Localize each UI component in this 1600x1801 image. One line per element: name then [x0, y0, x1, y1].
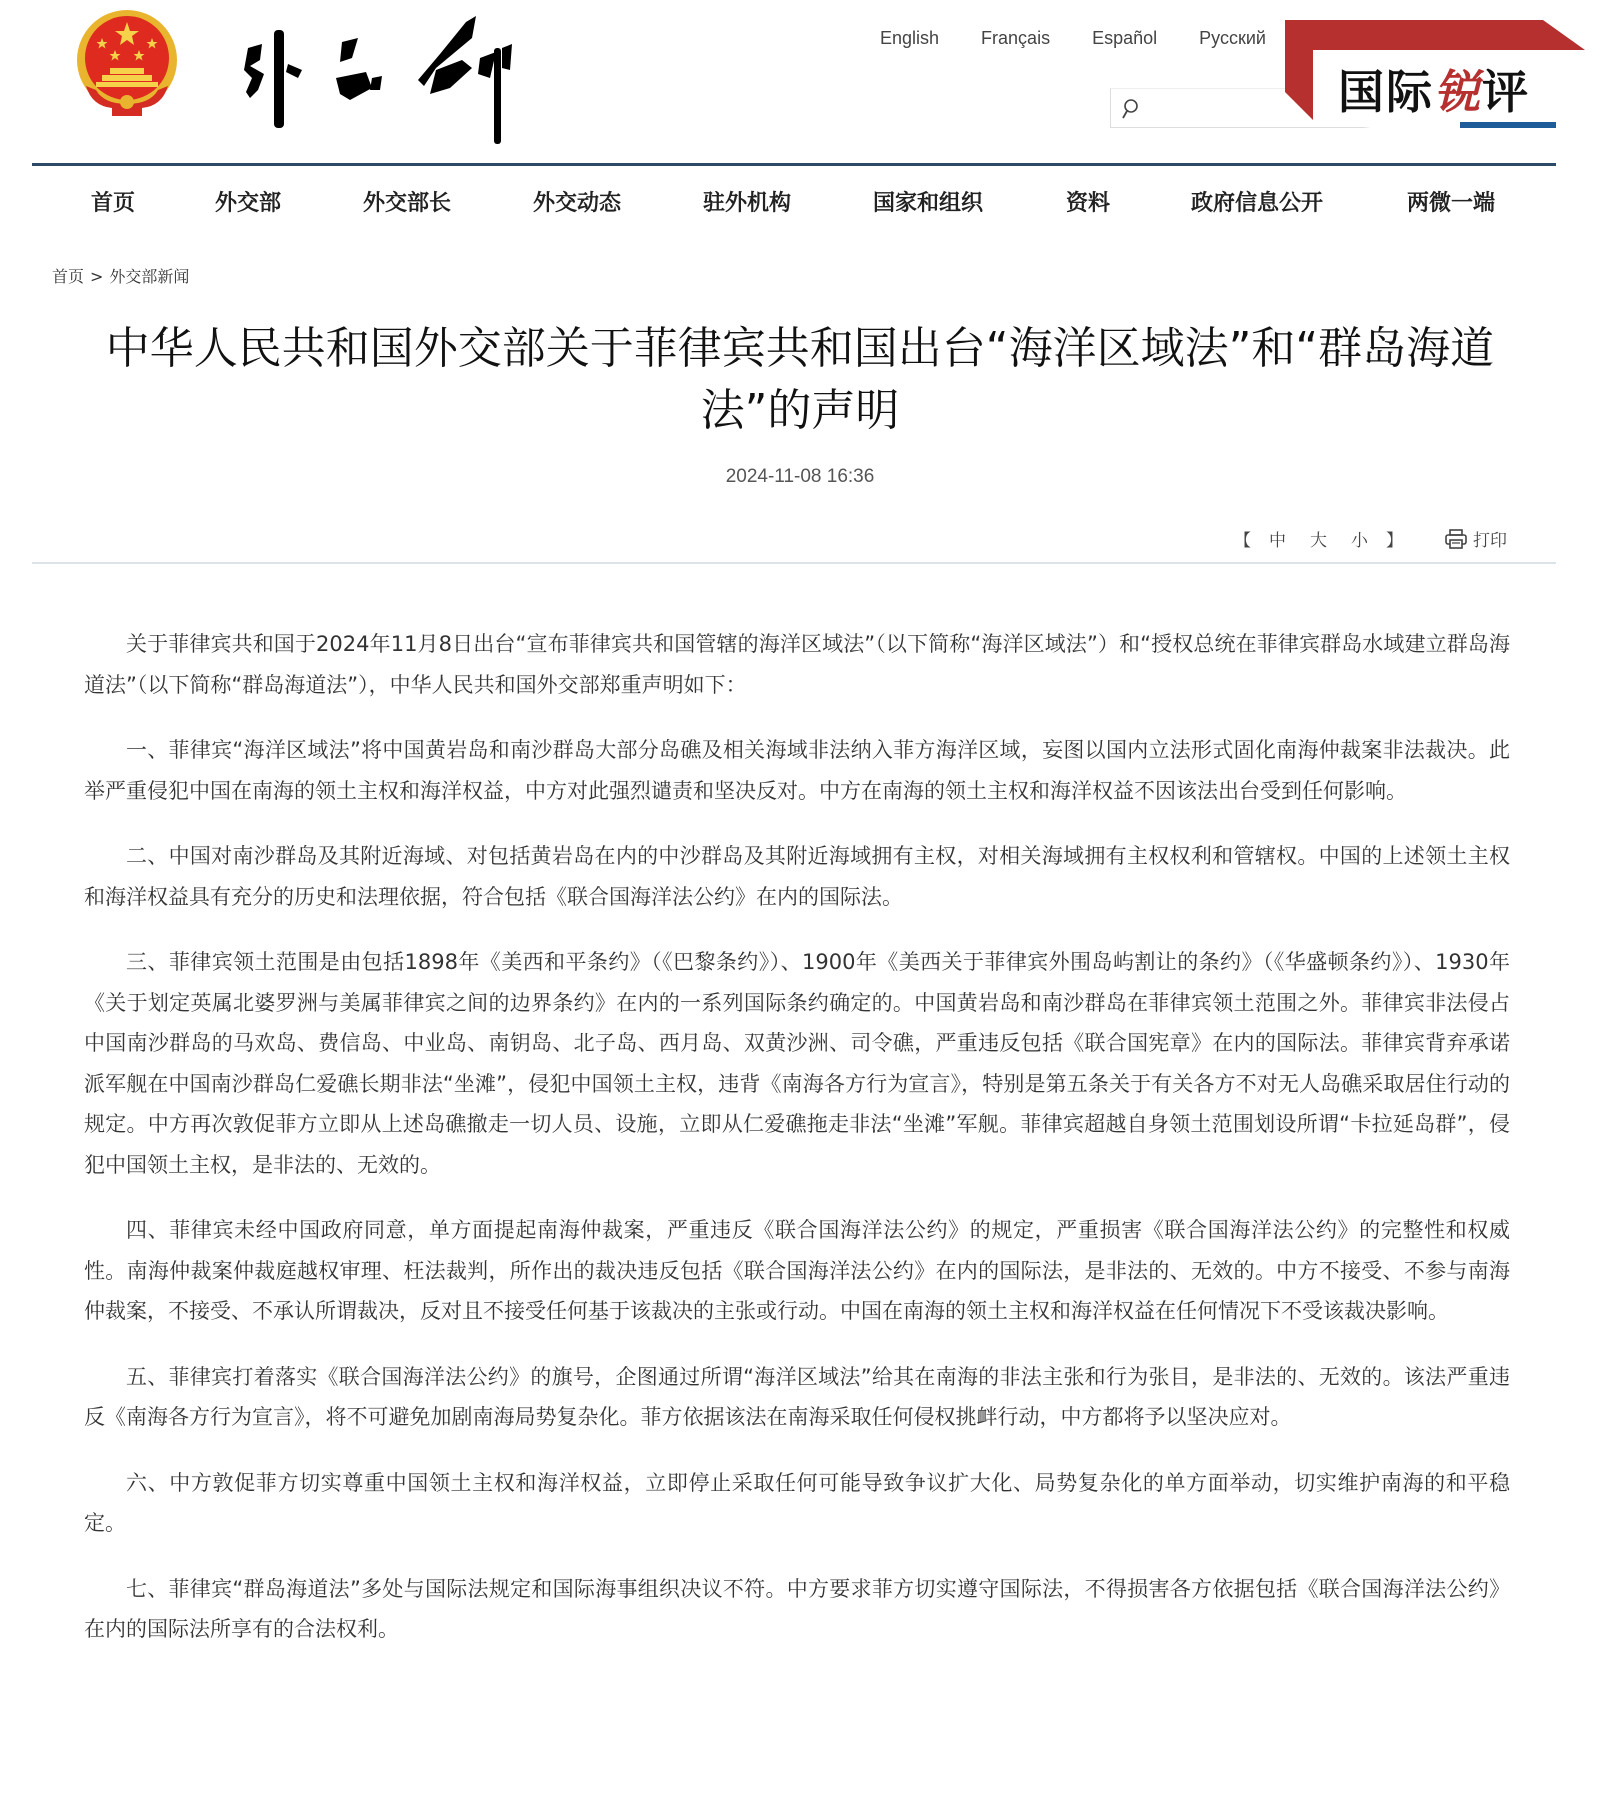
article-header-divider: [32, 562, 1556, 564]
article-paragraph-5: 五、菲律宾打着落实《联合国海洋法公约》的旗号，企图通过所谓“海洋区域法”给其在南…: [84, 1357, 1510, 1438]
nav-item-resources[interactable]: 资料: [1066, 186, 1110, 217]
lang-russian-link[interactable]: Русский: [1199, 28, 1266, 49]
font-size-small-button[interactable]: 小: [1351, 526, 1368, 551]
print-label: 打印: [1473, 526, 1507, 551]
article-tools: 【 中 大 小 】 打印: [1228, 526, 1507, 551]
badge-underline: [1460, 122, 1556, 128]
article-paragraph-7: 七、菲律宾“群岛海道法”多处与国际法规定和国际海事组织决议不符。中方要求菲方切实…: [84, 1569, 1510, 1650]
breadcrumb-section-link[interactable]: 外交部新闻: [109, 267, 189, 286]
lang-french-link[interactable]: Français: [981, 28, 1050, 49]
breadcrumb: 首页>外交部新闻: [52, 264, 189, 287]
breadcrumb-separator: >: [90, 267, 103, 286]
article-body: 关于菲律宾共和国于2024年11月8日出台“宣布菲律宾共和国管辖的海洋区域法”（…: [84, 624, 1510, 1675]
article-paragraph-6: 六、中方敦促菲方切实尊重中国领土主权和海洋权益，立即停止采取任何可能导致争议扩大…: [84, 1463, 1510, 1544]
search-icon[interactable]: [1119, 97, 1141, 121]
font-size-bracket-close: 】: [1386, 526, 1403, 551]
nav-item-gov-info[interactable]: 政府信息公开: [1191, 186, 1323, 217]
nav-item-minister[interactable]: 外交部长: [363, 186, 451, 217]
national-emblem-icon[interactable]: [72, 8, 182, 120]
article-paragraph-2: 二、中国对南沙群岛及其附近海域、对包括黄岩岛在内的中沙群岛及其附近海域拥有主权，…: [84, 836, 1510, 917]
nav-item-missions[interactable]: 驻外机构: [703, 186, 791, 217]
article-paragraph-3: 三、菲律宾领土范围是由包括1898年《美西和平条约》（《巴黎条约》）、1900年…: [84, 942, 1510, 1185]
site-header: English Français Español Русский 国际锐评: [0, 0, 1600, 168]
font-size-bracket-open: 【: [1234, 526, 1251, 551]
nav-item-social-media[interactable]: 两微一端: [1407, 186, 1495, 217]
nav-item-countries[interactable]: 国家和组织: [873, 186, 983, 217]
language-switcher: English Français Español Русский: [880, 28, 1308, 49]
article-paragraph-4: 四、菲律宾未经中国政府同意，单方面提起南海仲裁案，严重违反《联合国海洋法公约》的…: [84, 1210, 1510, 1332]
badge-title: 国际锐评: [1338, 56, 1530, 122]
font-size-large-button[interactable]: 大: [1310, 526, 1327, 551]
nav-item-activities[interactable]: 外交动态: [533, 186, 621, 217]
nav-item-home[interactable]: 首页: [91, 186, 135, 217]
main-nav: 首页 外交部 外交部长 外交动态 驻外机构 国家和组织 资料 政府信息公开 两微…: [0, 166, 1600, 236]
article-paragraph-1: 一、菲律宾“海洋区域法”将中国黄岩岛和南沙群岛大部分岛礁及相关海域非法纳入菲方海…: [84, 730, 1510, 811]
lang-spanish-link[interactable]: Español: [1092, 28, 1157, 49]
printer-icon: [1445, 529, 1467, 549]
nav-item-ministry[interactable]: 外交部: [215, 186, 281, 217]
article-paragraph-intro: 关于菲律宾共和国于2024年11月8日出台“宣布菲律宾共和国管辖的海洋区域法”（…: [84, 624, 1510, 705]
lang-english-link[interactable]: English: [880, 28, 939, 49]
breadcrumb-home-link[interactable]: 首页: [52, 267, 84, 286]
print-button[interactable]: 打印: [1445, 526, 1507, 551]
ministry-calligraphy-logo[interactable]: [240, 8, 530, 148]
article-title: 中华人民共和国外交部关于菲律宾共和国出台“海洋区域法”和“群岛海道法”的声明: [80, 318, 1520, 442]
font-size-medium-button[interactable]: 中: [1269, 526, 1286, 551]
article-date: 2024-11-08 16:36: [0, 466, 1600, 488]
